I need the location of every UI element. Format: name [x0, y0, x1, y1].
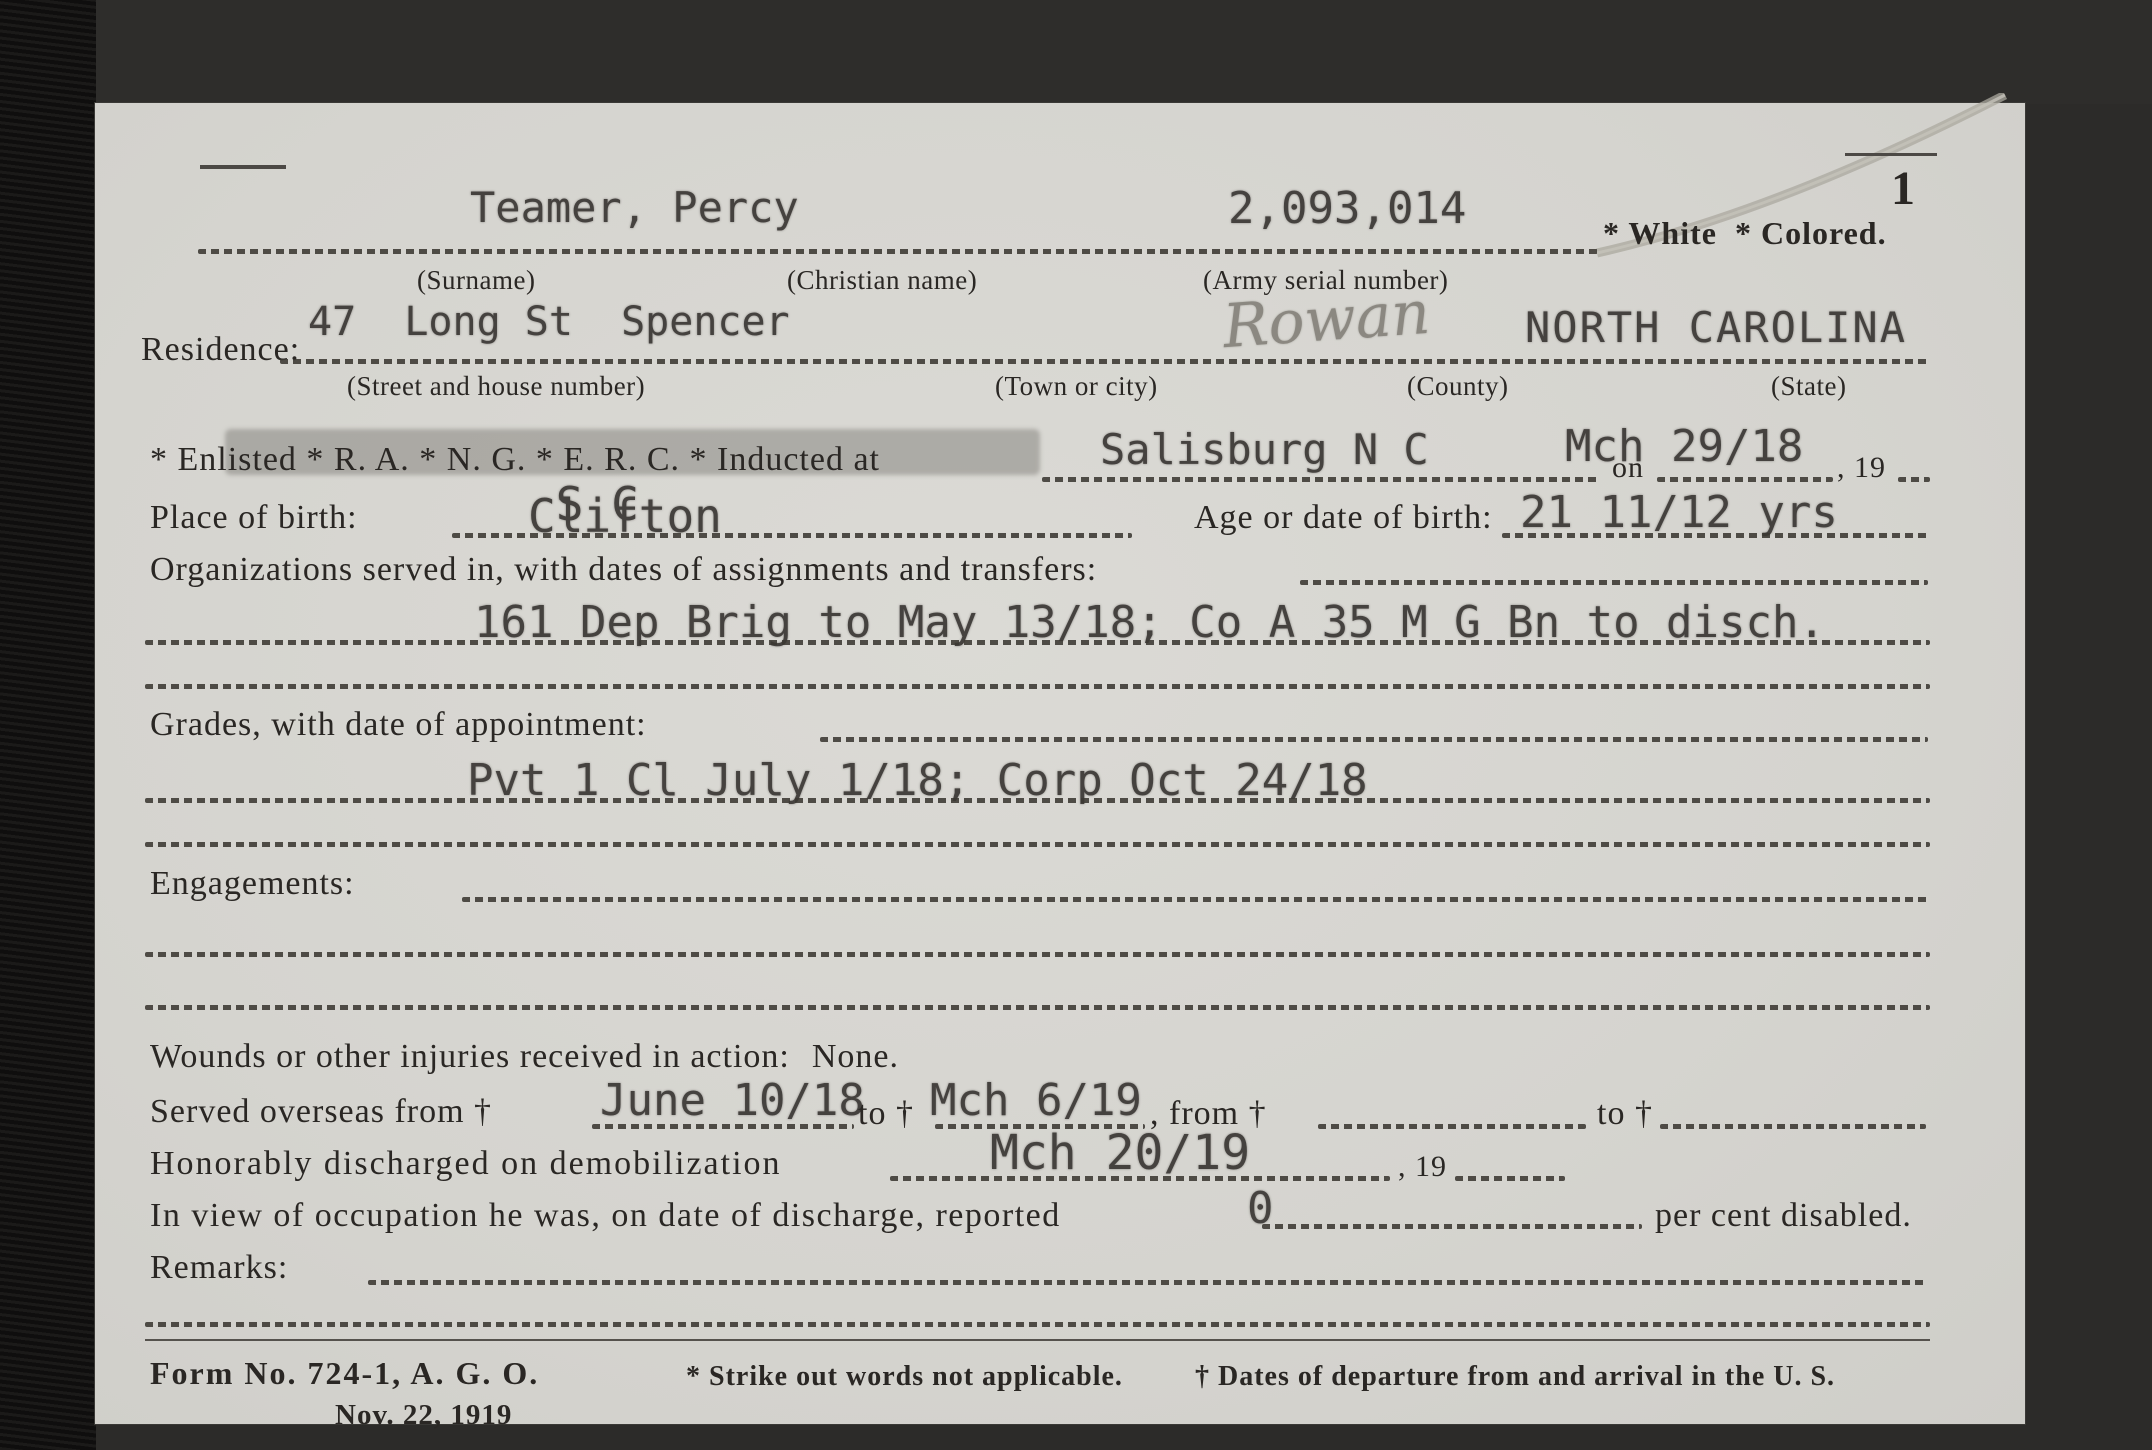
residence-label: Residence:	[141, 331, 300, 369]
scan-top-band	[96, 0, 2152, 104]
surname-field: Teamer, Percy	[470, 183, 799, 232]
discharge-date-value: Mch 20/19	[990, 1125, 1250, 1181]
name-row-rule	[198, 249, 1598, 254]
disability-rule	[1262, 1224, 1642, 1229]
christian-name-label: (Christian name)	[787, 265, 977, 296]
remarks-rule	[368, 1280, 1928, 1285]
discharge-rule-2	[1455, 1176, 1565, 1181]
birth-label: Place of birth:	[150, 499, 358, 537]
wounds-line: Wounds or other injuries received in act…	[150, 1038, 899, 1076]
induction-date-value: Mch 29/18	[1565, 421, 1803, 472]
induction-year-label: , 19	[1837, 451, 1886, 485]
overseas-from-value: June 10/18	[600, 1075, 865, 1126]
age-label: Age or date of birth:	[1194, 499, 1493, 537]
overseas-rule-1	[592, 1124, 854, 1129]
enlistment-label: * Enlisted * R. A. * N. G. * E. R. C. * …	[150, 441, 880, 479]
birthplace-rule	[452, 533, 1132, 538]
record-card: 1 Teamer, Percy 2,093,014 * White * Colo…	[95, 103, 2025, 1424]
residence-rule	[280, 359, 1928, 364]
grades-rule-3	[145, 842, 1930, 847]
serial-field: 2,093,014	[1228, 183, 1466, 234]
footnote-dagger: † Dates of departure from and arrival in…	[1195, 1361, 1835, 1393]
disability-label: In view of occupation he was, on date of…	[150, 1197, 1061, 1235]
grades-rule-2	[145, 798, 1930, 803]
birthplace-state-sup: S C	[556, 477, 639, 531]
age-rule	[1502, 533, 1928, 538]
surname-label: (Surname)	[417, 265, 535, 296]
induction-place-value: Salisburg N C	[1100, 425, 1429, 474]
page-number-overbar	[1845, 153, 1937, 156]
induction-place-rule	[1042, 477, 1600, 482]
age-value: 21 11/12 yrs	[1520, 487, 1838, 538]
footer-solid-rule	[145, 1339, 1930, 1341]
scan-background: 1 Teamer, Percy 2,093,014 * White * Colo…	[0, 0, 2152, 1450]
overseas-rule-3	[1318, 1124, 1586, 1129]
organizations-rule-1	[1300, 580, 1928, 585]
state-label: (State)	[1771, 371, 1846, 402]
induction-year-rule	[1898, 477, 1930, 482]
overseas-to2-label: to †	[1597, 1095, 1653, 1133]
overseas-label: Served overseas from †	[150, 1093, 492, 1131]
disability-suffix: per cent disabled.	[1655, 1197, 1912, 1235]
county-handwritten: Rowan	[1221, 278, 1432, 362]
grades-rule-1	[820, 737, 1928, 742]
discharge-label: Honorably discharged on demobilization	[150, 1145, 782, 1183]
engagements-rule-2	[145, 952, 1930, 957]
engagements-rule-1	[462, 897, 1928, 902]
engagements-label: Engagements:	[150, 865, 355, 903]
header-dash-mark	[200, 165, 286, 169]
street-label: (Street and house number)	[347, 371, 645, 402]
footer-dotted-rule	[145, 1322, 1930, 1327]
induction-date-rule	[1657, 477, 1833, 482]
overseas-rule-4	[1660, 1124, 1926, 1129]
grades-label: Grades, with date of appointment:	[150, 706, 647, 744]
footnote-strike: * Strike out words not applicable.	[686, 1361, 1123, 1393]
form-number: Form No. 724-1, A. G. O.	[150, 1355, 539, 1392]
wounds-value: None.	[812, 1038, 899, 1075]
discharge-year-label: , 19	[1398, 1150, 1447, 1184]
form-date: Nov. 22, 1919	[335, 1399, 512, 1432]
county-label: (County)	[1407, 371, 1509, 402]
wounds-label: Wounds or other injuries received in act…	[150, 1038, 790, 1075]
overseas-to-value: Mch 6/19	[930, 1075, 1142, 1126]
town-label: (Town or city)	[995, 371, 1158, 402]
overseas-to-label: to †	[858, 1095, 914, 1133]
film-edge-strip	[0, 0, 96, 1450]
discharge-rule-1	[890, 1176, 1390, 1181]
organizations-label: Organizations served in, with dates of a…	[150, 551, 1097, 589]
street-value: 47 Long St Spencer	[308, 299, 790, 345]
page-number: 1	[1891, 161, 1916, 216]
organizations-rule-2	[145, 640, 1930, 645]
state-value: NORTH CAROLINA	[1525, 303, 1907, 352]
remarks-label: Remarks:	[150, 1249, 288, 1287]
race-options: * White * Colored.	[1603, 215, 1887, 252]
engagements-rule-3	[145, 1005, 1930, 1010]
organizations-rule-3	[145, 684, 1930, 689]
